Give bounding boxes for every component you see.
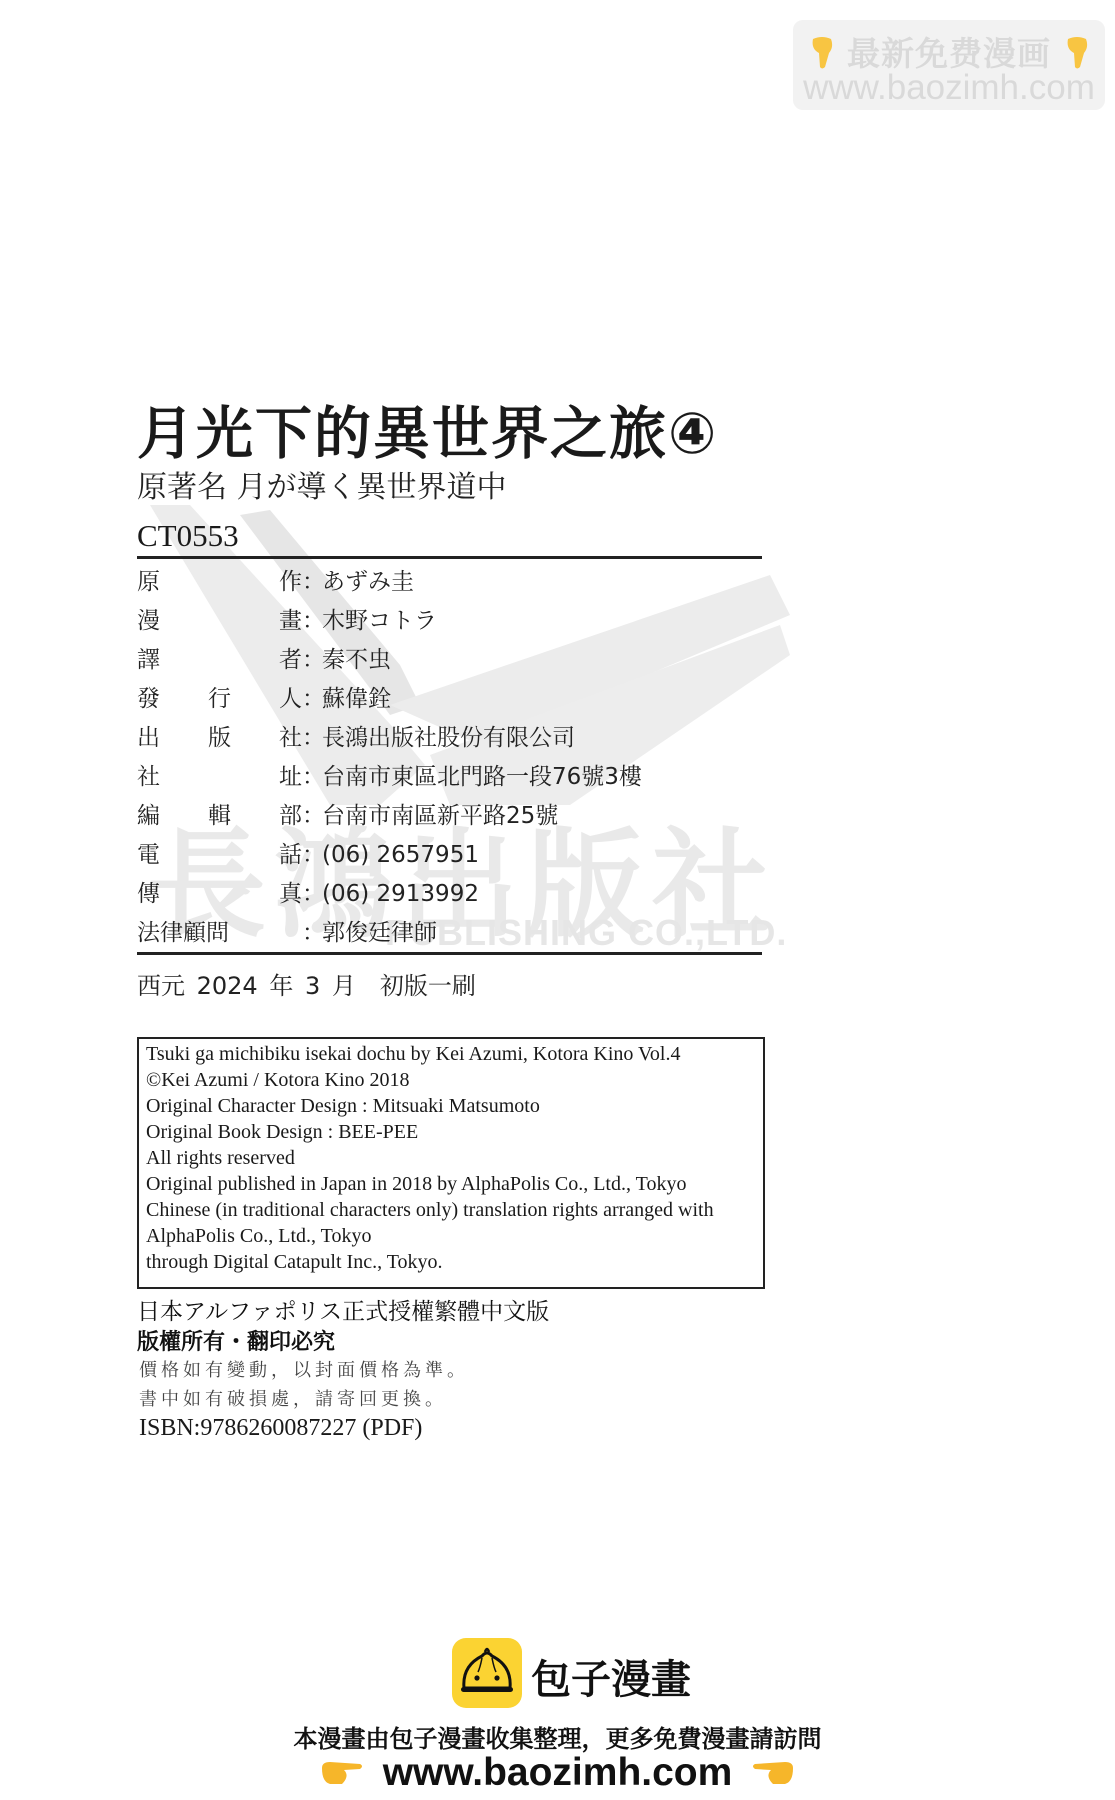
pointing-down-hand-icon [1064, 35, 1090, 69]
original-title: 原著名 月が導く異世界道中 [137, 462, 507, 506]
credit-label-char: 畫 [279, 602, 302, 641]
product-code: CT0553 [137, 518, 239, 554]
credit-value: 郭俊廷律師 [322, 914, 437, 953]
credit-label-char: 漫 [137, 602, 160, 641]
credit-label: 譯者 [137, 641, 302, 680]
copyright-line: Original Character Design : Mitsuaki Mat… [146, 1093, 763, 1119]
credit-label-char: 者 [279, 641, 302, 680]
credit-label-char: 社 [137, 758, 160, 797]
credit-label: 出版社 [137, 719, 302, 758]
bun-face-icon [452, 1638, 522, 1708]
baozi-logo-icon[interactable] [452, 1638, 522, 1708]
credit-label-char: 法律顧問 [137, 914, 229, 953]
damage-notice: 書中如有破損處，請寄回更換。 [139, 1385, 447, 1411]
promo-badge[interactable]: 最新免费漫画 www.baozimh.com [793, 20, 1105, 110]
credit-label-char: 社 [279, 719, 302, 758]
credit-value: 台南市南區新平路25號 [322, 797, 558, 836]
footer-url-link[interactable]: www.baozimh.com [383, 1751, 733, 1794]
credit-row: 社址：台南市東區北門路一段76號3樓 [137, 758, 642, 797]
credit-label: 法律顧問 [137, 914, 302, 953]
credit-row: 出版社：長鴻出版社股份有限公司 [137, 719, 642, 758]
credit-label-char: 發 [137, 680, 160, 719]
credit-row: 傳真：(06) 2913992 [137, 875, 642, 914]
credit-label-char: 作 [279, 563, 302, 602]
credit-label-char: 譯 [137, 641, 160, 680]
rights-reserved: 版權所有・翻印必究 [137, 1325, 335, 1356]
credit-row: 發行人：蘇偉銓 [137, 680, 642, 719]
credit-label: 社址 [137, 758, 302, 797]
credits-list: 原作：あずみ圭漫畫：木野コトラ譯者：秦不虫發行人：蘇偉銓出版社：長鴻出版社股份有… [137, 563, 642, 953]
credit-label-char: 輯 [208, 797, 231, 836]
credit-value: あずみ圭 [322, 563, 414, 602]
credit-label-char: 電 [137, 836, 160, 875]
copyright-line: Chinese (in traditional characters only)… [146, 1197, 763, 1223]
credit-colon: ： [302, 602, 322, 641]
credit-label-char: 人 [279, 680, 302, 719]
credit-label-char: 址 [279, 758, 302, 797]
pointing-down-hand-icon [809, 35, 835, 69]
credit-value: 木野コトラ [322, 602, 437, 641]
isbn: ISBN:9786260087227 (PDF) [139, 1415, 422, 1442]
price-notice: 價格如有變動，以封面價格為準。 [139, 1356, 469, 1382]
copyright-line: All rights reserved [146, 1145, 763, 1171]
footer-tagline: 本漫畫由包子漫畫收集整理，更多免費漫畫請訪問 [0, 1719, 1115, 1754]
credit-value: (06) 2657951 [322, 836, 479, 875]
credit-label-char: 編 [137, 797, 160, 836]
credit-label-char: 話 [279, 836, 302, 875]
credit-label-char: 真 [279, 875, 302, 914]
credit-row: 電話：(06) 2657951 [137, 836, 642, 875]
credit-colon: ： [302, 797, 322, 836]
credit-colon: ： [302, 875, 322, 914]
credit-value: 蘇偉銓 [322, 680, 391, 719]
credit-row: 編輯部：台南市南區新平路25號 [137, 797, 642, 836]
credit-colon: ： [302, 836, 322, 875]
credit-label-char: 行 [208, 680, 231, 719]
copyright-line: ©Kei Azumi / Kotora Kino 2018 [146, 1067, 763, 1093]
divider-bottom [137, 952, 762, 955]
credit-label: 電話 [137, 836, 302, 875]
credit-value: 台南市東區北門路一段76號3樓 [322, 758, 642, 797]
credit-value: 長鴻出版社股份有限公司 [322, 719, 575, 758]
license-statement: 日本アルファポリス正式授權繁體中文版 [137, 1293, 549, 1326]
credit-colon: ： [302, 719, 322, 758]
credit-label: 傳真 [137, 875, 302, 914]
credit-colon: ： [302, 563, 322, 602]
credit-row: 法律顧問：郭俊廷律師 [137, 914, 642, 953]
pointing-right-hand-icon [320, 1758, 364, 1788]
credit-row: 原作：あずみ圭 [137, 563, 642, 602]
credit-label: 編輯部 [137, 797, 302, 836]
copyright-line: Original Book Design : BEE-PEE [146, 1119, 763, 1145]
divider-top [137, 556, 762, 559]
copyright-line: AlphaPolis Co., Ltd., Tokyo [146, 1223, 763, 1249]
credit-label: 原作 [137, 563, 302, 602]
credit-value: (06) 2913992 [322, 875, 479, 914]
edition-date: 西元 2024 年 3 月 初版一刷 [137, 966, 476, 1001]
credit-label-char: 出 [137, 719, 160, 758]
copyright-line: through Digital Catapult Inc., Tokyo. [146, 1249, 763, 1275]
copyright-box: Tsuki ga michibiku isekai dochu by Kei A… [137, 1037, 765, 1289]
credit-label-char: 傳 [137, 875, 160, 914]
copyright-line: Tsuki ga michibiku isekai dochu by Kei A… [146, 1041, 763, 1067]
pointing-left-hand-icon [751, 1758, 795, 1788]
credit-label: 漫畫 [137, 602, 302, 641]
credit-label-char: 原 [137, 563, 160, 602]
credit-label-char: 部 [279, 797, 302, 836]
credit-label-char: 版 [208, 719, 231, 758]
brand-name[interactable]: 包子漫畫 [531, 1648, 691, 1705]
promo-url[interactable]: www.baozimh.com [793, 68, 1105, 108]
credit-row: 譯者：秦不虫 [137, 641, 642, 680]
credit-colon: ： [302, 680, 322, 719]
footer-url-line: www.baozimh.com [0, 1751, 1115, 1795]
credit-value: 秦不虫 [322, 641, 391, 680]
credit-colon: ： [302, 641, 322, 680]
credit-label: 發行人 [137, 680, 302, 719]
credit-row: 漫畫：木野コトラ [137, 602, 642, 641]
credit-colon: ： [302, 758, 322, 797]
credit-colon: ： [302, 914, 322, 953]
copyright-line: Original published in Japan in 2018 by A… [146, 1171, 763, 1197]
book-title: 月光下的異世界之旅④ [137, 388, 718, 470]
